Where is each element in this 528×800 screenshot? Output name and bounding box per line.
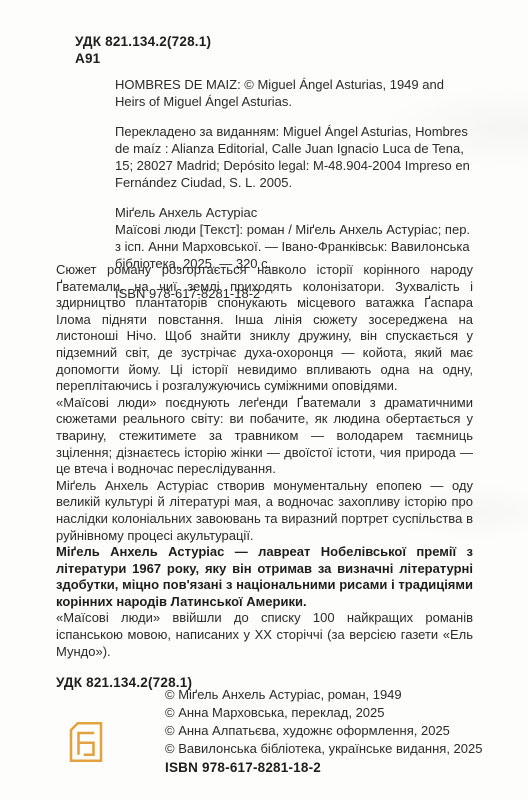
annotation-block: Сюжет роману розгортається навколо істор… (56, 262, 473, 692)
copyright-credits-list: © Міґель Анхель Астуріас, роман, 1949 © … (165, 686, 482, 758)
udc-classification-block: УДК 821.134.2(728.1) А91 (75, 33, 211, 67)
footer-block: © Міґель Анхель Астуріас, роман, 1949 © … (0, 680, 528, 800)
original-copyright-note: HOMBRES DE MAIZ: © Miguel Ángel Asturias… (115, 76, 473, 110)
annotation-paragraph-plot: Сюжет роману розгортається навколо істор… (56, 262, 473, 395)
author-sign-code: А91 (75, 50, 211, 67)
credit-line: © Анна Марховська, переклад, 2025 (165, 704, 482, 722)
udc-code: УДК 821.134.2(728.1) (75, 33, 211, 50)
translation-source-note: Перекладено за виданням: Miguel Ángel As… (115, 123, 473, 191)
credit-line: © Анна Алпатьєва, художнє оформлення, 20… (165, 722, 482, 740)
credit-line: © Міґель Анхель Астуріас, роман, 1949 (165, 686, 482, 704)
babylon-library-maze-icon (68, 720, 104, 764)
best-novels-list-note: «Маїсові люди» ввійшли до списку 100 най… (56, 610, 473, 660)
annotation-paragraph-epic: Міґель Анхель Астуріас створив монумента… (56, 478, 473, 544)
annotation-paragraph-legends: «Маїсові люди» поєднують леґенди Ґватема… (56, 395, 473, 478)
publisher-logo-icon (68, 720, 104, 764)
bib-record-author: Міґель Анхель Астуріас (115, 204, 473, 221)
isbn-bottom: ISBN 978-617-8281-18-2 (165, 760, 321, 775)
credit-line: © Вавилонська бібліотека, українське вид… (165, 740, 482, 758)
book-imprint-page: УДК 821.134.2(728.1) А91 HOMBRES DE MAIZ… (0, 0, 528, 800)
author-nobel-note: Міґель Анхель Астуріас — лавреат Нобелів… (56, 544, 473, 610)
